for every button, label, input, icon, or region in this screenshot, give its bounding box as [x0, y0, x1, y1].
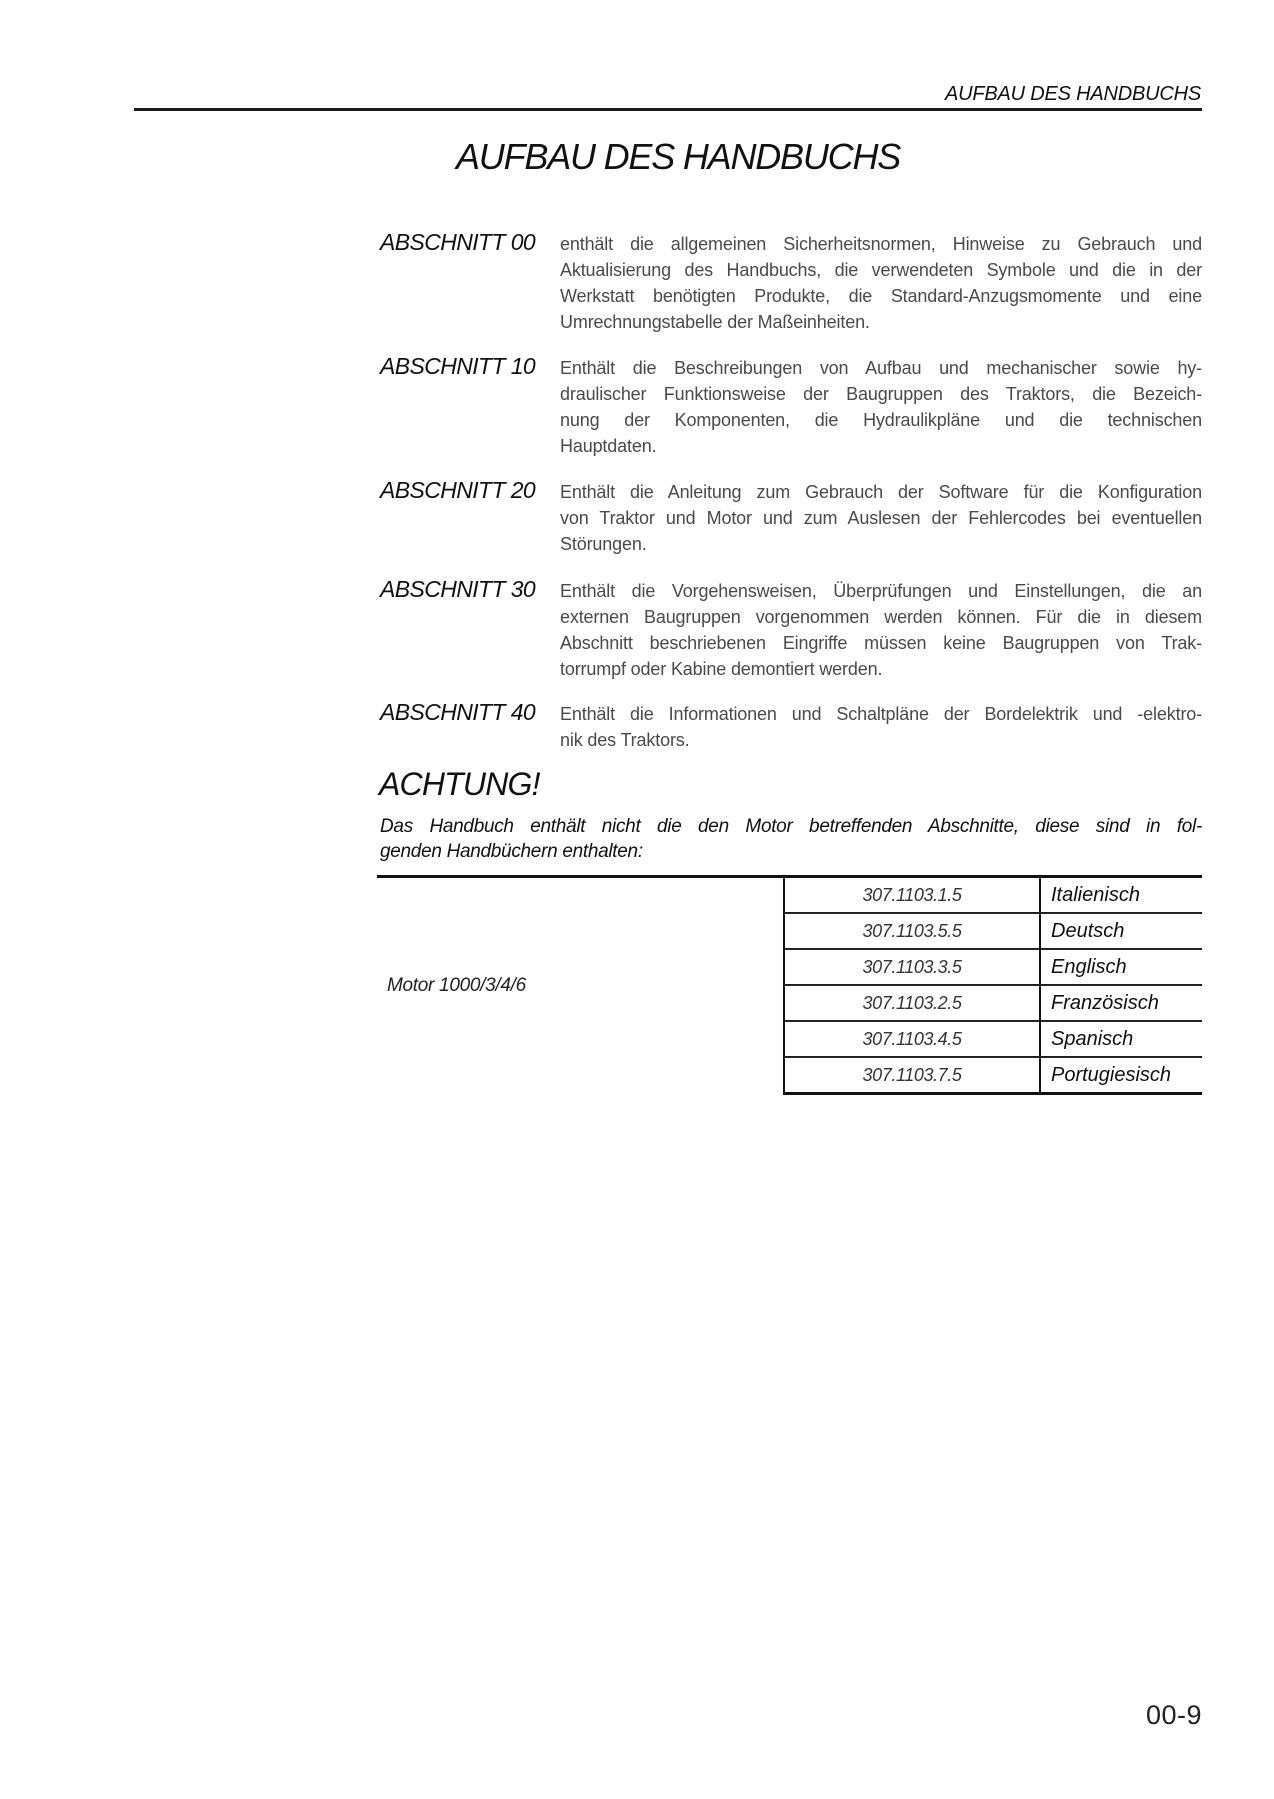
text-line: Abschnitt beschriebenen Eingriffe müssen… — [560, 630, 1202, 656]
part-number-cell: 307.1103.2.5 — [784, 985, 1040, 1021]
section-label: ABSCHNITT 30 — [380, 576, 535, 602]
section-label: ABSCHNITT 00 — [380, 229, 535, 255]
section-description: enthält die allgemeinen Sicherheitsnorme… — [560, 231, 1202, 335]
section-label: ABSCHNITT 40 — [380, 699, 535, 725]
language-cell: Englisch — [1040, 949, 1202, 985]
text-line: torrumpf oder Kabine demontiert werden. — [560, 656, 1202, 682]
text-line: nik des Traktors. — [560, 727, 1202, 753]
text-line: Enthält die Informationen und Schaltplän… — [560, 701, 1202, 727]
engine-cell: Motor 1000/3/4/6 — [377, 877, 784, 1094]
text-line: nung der Komponenten, die Hydraulikpläne… — [560, 407, 1202, 433]
section-label: ABSCHNITT 10 — [380, 353, 535, 379]
section-description: Enthält die Beschreibungen von Aufbau un… — [560, 355, 1202, 459]
text-line: Enthält die Vorgehensweisen, Überprüfung… — [560, 578, 1202, 604]
part-number-cell: 307.1103.5.5 — [784, 913, 1040, 949]
engine-manuals-table: Motor 1000/3/4/6 307.1103.1.5 Italienisc… — [377, 875, 1202, 1095]
text-line: Hauptdaten. — [560, 433, 1202, 459]
text-line: draulischer Funktionsweise der Baugruppe… — [560, 381, 1202, 407]
warning-heading: ACHTUNG! — [379, 766, 540, 803]
part-number-cell: 307.1103.3.5 — [784, 949, 1040, 985]
document-page: AUFBAU DES HANDBUCHS AUFBAU DES HANDBUCH… — [0, 0, 1274, 1799]
text-line: externen Baugruppen vorgenommen werden k… — [560, 604, 1202, 630]
language-cell: Deutsch — [1040, 913, 1202, 949]
language-cell: Französisch — [1040, 985, 1202, 1021]
text-line: Aktualisierung des Handbuchs, die verwen… — [560, 257, 1202, 283]
section-description: Enthält die Informationen und Schaltplän… — [560, 701, 1202, 753]
text-line: von Traktor und Motor und zum Auslesen d… — [560, 505, 1202, 531]
part-number-cell: 307.1103.4.5 — [784, 1021, 1040, 1057]
warning-line: genden Handbüchern enthalten: — [380, 839, 1202, 864]
running-header: AUFBAU DES HANDBUCHS — [945, 83, 1201, 106]
text-line: Störungen. — [560, 531, 1202, 557]
page-number: 00-9 — [1146, 1700, 1202, 1731]
page-title: AUFBAU DES HANDBUCHS — [456, 136, 900, 178]
language-cell: Portugiesisch — [1040, 1057, 1202, 1094]
text-line: enthält die allgemeinen Sicherheitsnorme… — [560, 231, 1202, 257]
text-line: Enthält die Beschreibungen von Aufbau un… — [560, 355, 1202, 381]
text-line: Werkstatt benötigten Produkte, die Stand… — [560, 283, 1202, 309]
text-line: Enthält die Anleitung zum Gebrauch der S… — [560, 479, 1202, 505]
header-rule — [134, 108, 1202, 111]
warning-text: Das Handbuch enthält nicht die den Motor… — [380, 814, 1202, 864]
section-description: Enthält die Anleitung zum Gebrauch der S… — [560, 479, 1202, 557]
text-line: Umrechnungstabelle der Maßeinheiten. — [560, 309, 1202, 335]
section-description: Enthält die Vorgehensweisen, Überprüfung… — [560, 578, 1202, 682]
part-number-cell: 307.1103.1.5 — [784, 877, 1040, 914]
part-number-cell: 307.1103.7.5 — [784, 1057, 1040, 1094]
table-row: Motor 1000/3/4/6 307.1103.1.5 Italienisc… — [377, 877, 1202, 914]
language-cell: Italienisch — [1040, 877, 1202, 914]
warning-line: Das Handbuch enthält nicht die den Motor… — [380, 814, 1202, 839]
section-label: ABSCHNITT 20 — [380, 477, 535, 503]
language-cell: Spanisch — [1040, 1021, 1202, 1057]
